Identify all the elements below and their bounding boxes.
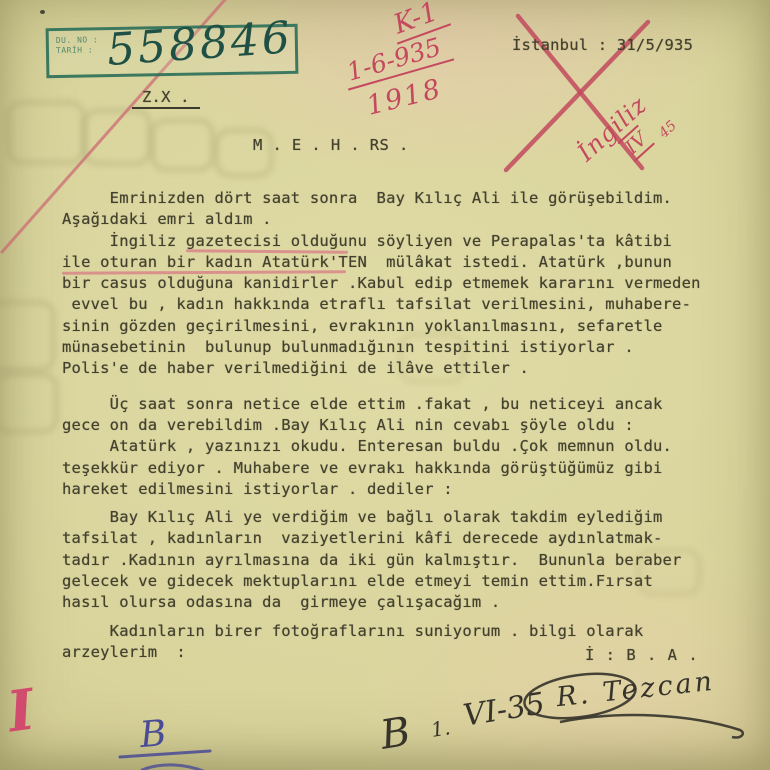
body-line: gelecek ve gidecek mektuplarını elde etm… xyxy=(62,571,742,592)
body-line: münasebetinin bulunup bulunmadığının tes… xyxy=(62,337,742,358)
bottom-note-day: 1. xyxy=(429,715,452,742)
paragraph: İngiliz gazetecisi olduğunu söyliyen ve … xyxy=(62,231,742,380)
body-line: hasıl olursa odasına da girmeye çalışaca… xyxy=(62,592,742,613)
stamp-label-date: TARİH : xyxy=(56,45,93,55)
body-line: Kadınların birer fotoğraflarını suniyoru… xyxy=(62,621,742,642)
paragraph: Emrinizden dört saat sonra Bay Kılıç Ali… xyxy=(62,188,742,231)
body-line: Polis'e de haber verilmediğini de ilâve … xyxy=(62,358,742,379)
body-line: teşekkür ediyor . Muhabere ve evrakı hak… xyxy=(62,458,742,479)
body-line: tafsilat , kadınların vaziyetlerini kâfi… xyxy=(62,528,742,549)
document-body: Emrinizden dört saat sonra Bay Kılıç Ali… xyxy=(62,188,742,663)
body-line: Bay Kılıç Ali ye verdiğim ve bağlı olara… xyxy=(62,507,742,528)
body-line: ile oturan bir kadın Atatürk'TEN mülâkat… xyxy=(62,252,742,273)
scanned-document-page: DU. NO :TARİH : 558846 Z.X . K-1 1-6-935… xyxy=(0,0,770,770)
paragraph: Üç saat sonra netice elde ettim .fakat ,… xyxy=(62,394,742,437)
body-line: tadır .Kadının ayrılmasına da iki gün ka… xyxy=(62,550,742,571)
body-line: bir casus olduğuna kanidirler .Kabul edi… xyxy=(62,273,742,294)
blue-underline-stroke xyxy=(142,765,206,770)
signoff-initials: İ : B . A . xyxy=(585,646,699,664)
body-line: Atatürk , yazınızı okudu. Enteresan buld… xyxy=(62,436,742,457)
reference-mark: Z.X . xyxy=(132,88,200,109)
dateline: İstanbul : 31/5/935 xyxy=(512,36,693,54)
document-heading: M . E . H . RS . xyxy=(253,136,409,154)
body-line: gece on da verebildim .Bay Kılıç Ali nin… xyxy=(62,415,742,436)
stamp-label-no: DU. NO : xyxy=(56,35,99,45)
registry-stamp: DU. NO :TARİH : 558846 xyxy=(46,24,299,78)
body-line: Üç saat sonra netice elde ettim .fakat ,… xyxy=(62,394,742,415)
bottom-note-initial: B xyxy=(377,709,413,759)
body-line: hareket edilmesini istiyorlar . dediler … xyxy=(62,479,742,500)
blue-initial-mark: B xyxy=(138,713,168,756)
paragraph: Bay Kılıç Ali ye verdiğim ve bağlı olara… xyxy=(62,507,742,613)
body-line: evvel bu , kadın hakkında etraflı tafsil… xyxy=(62,294,742,315)
body-line: sinin gözden geçirilmesini, evrakının yo… xyxy=(62,316,742,337)
body-line: İngiliz gazetecisi olduğunu söyliyen ve … xyxy=(62,231,742,252)
paragraph: Atatürk , yazınızı okudu. Enteresan buld… xyxy=(62,436,742,500)
signature-underline xyxy=(560,715,743,737)
body-line: Emrinizden dört saat sonra Bay Kılıç Ali… xyxy=(62,188,742,209)
stamp-labels: DU. NO :TARİH : xyxy=(56,35,99,56)
ink-speck xyxy=(40,10,45,14)
body-line: Aşağıdaki emri aldım . xyxy=(62,209,742,230)
